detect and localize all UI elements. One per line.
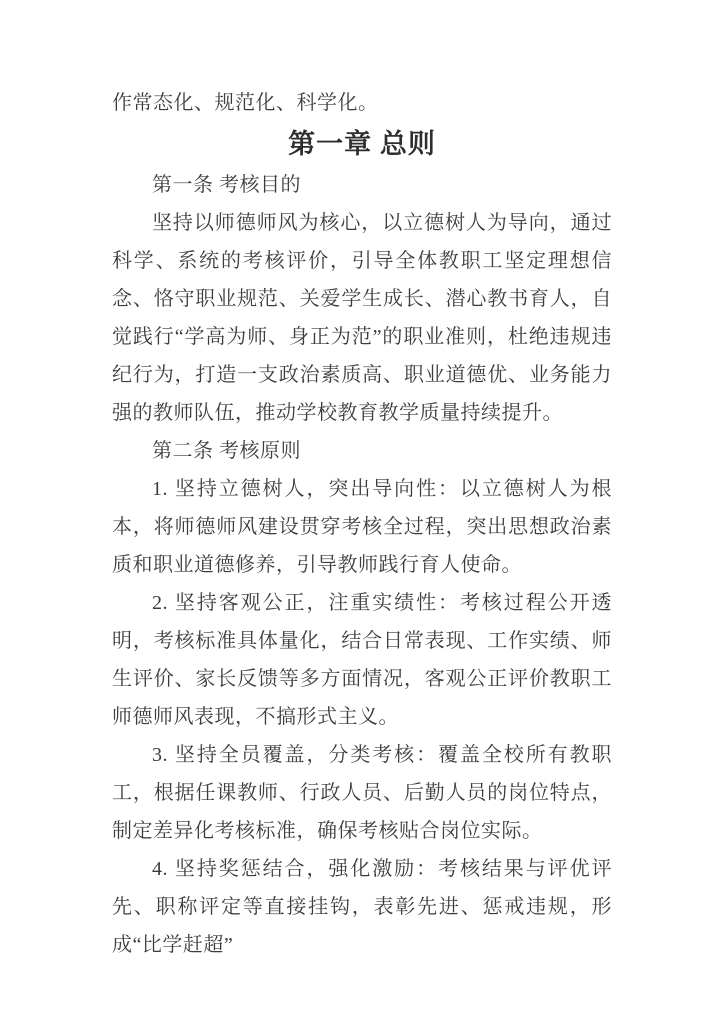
principle-item-4: 4. 坚持奖惩结合，强化激励：考核结果与评优评先、职称评定等直接挂钩，表彰先进、… xyxy=(112,850,612,964)
chapter-heading: 第一章 总则 xyxy=(112,122,612,166)
principle-item-3: 3. 坚持全员覆盖，分类考核：覆盖全校所有教职工，根据任课教师、行政人员、后勤人… xyxy=(112,736,612,850)
principle-item-1: 1. 坚持立德树人，突出导向性：以立德树人为根本，将师德师风建设贯穿考核全过程，… xyxy=(112,470,612,584)
paragraph-continuation: 作常态化、规范化、科学化。 xyxy=(112,84,612,122)
article-title-2: 第二条 考核原则 xyxy=(112,432,612,470)
paragraph-assessment-purpose: 坚持以师德师风为核心，以立德树人为导向，通过科学、系统的考核评价，引导全体教职工… xyxy=(112,204,612,432)
principle-item-2: 2. 坚持客观公正，注重实绩性：考核过程公开透明，考核标准具体量化，结合日常表现… xyxy=(112,584,612,736)
document-page: 作常态化、规范化、科学化。 第一章 总则 第一条 考核目的 坚持以师德师风为核心… xyxy=(0,0,724,1024)
article-title-1: 第一条 考核目的 xyxy=(112,166,612,204)
